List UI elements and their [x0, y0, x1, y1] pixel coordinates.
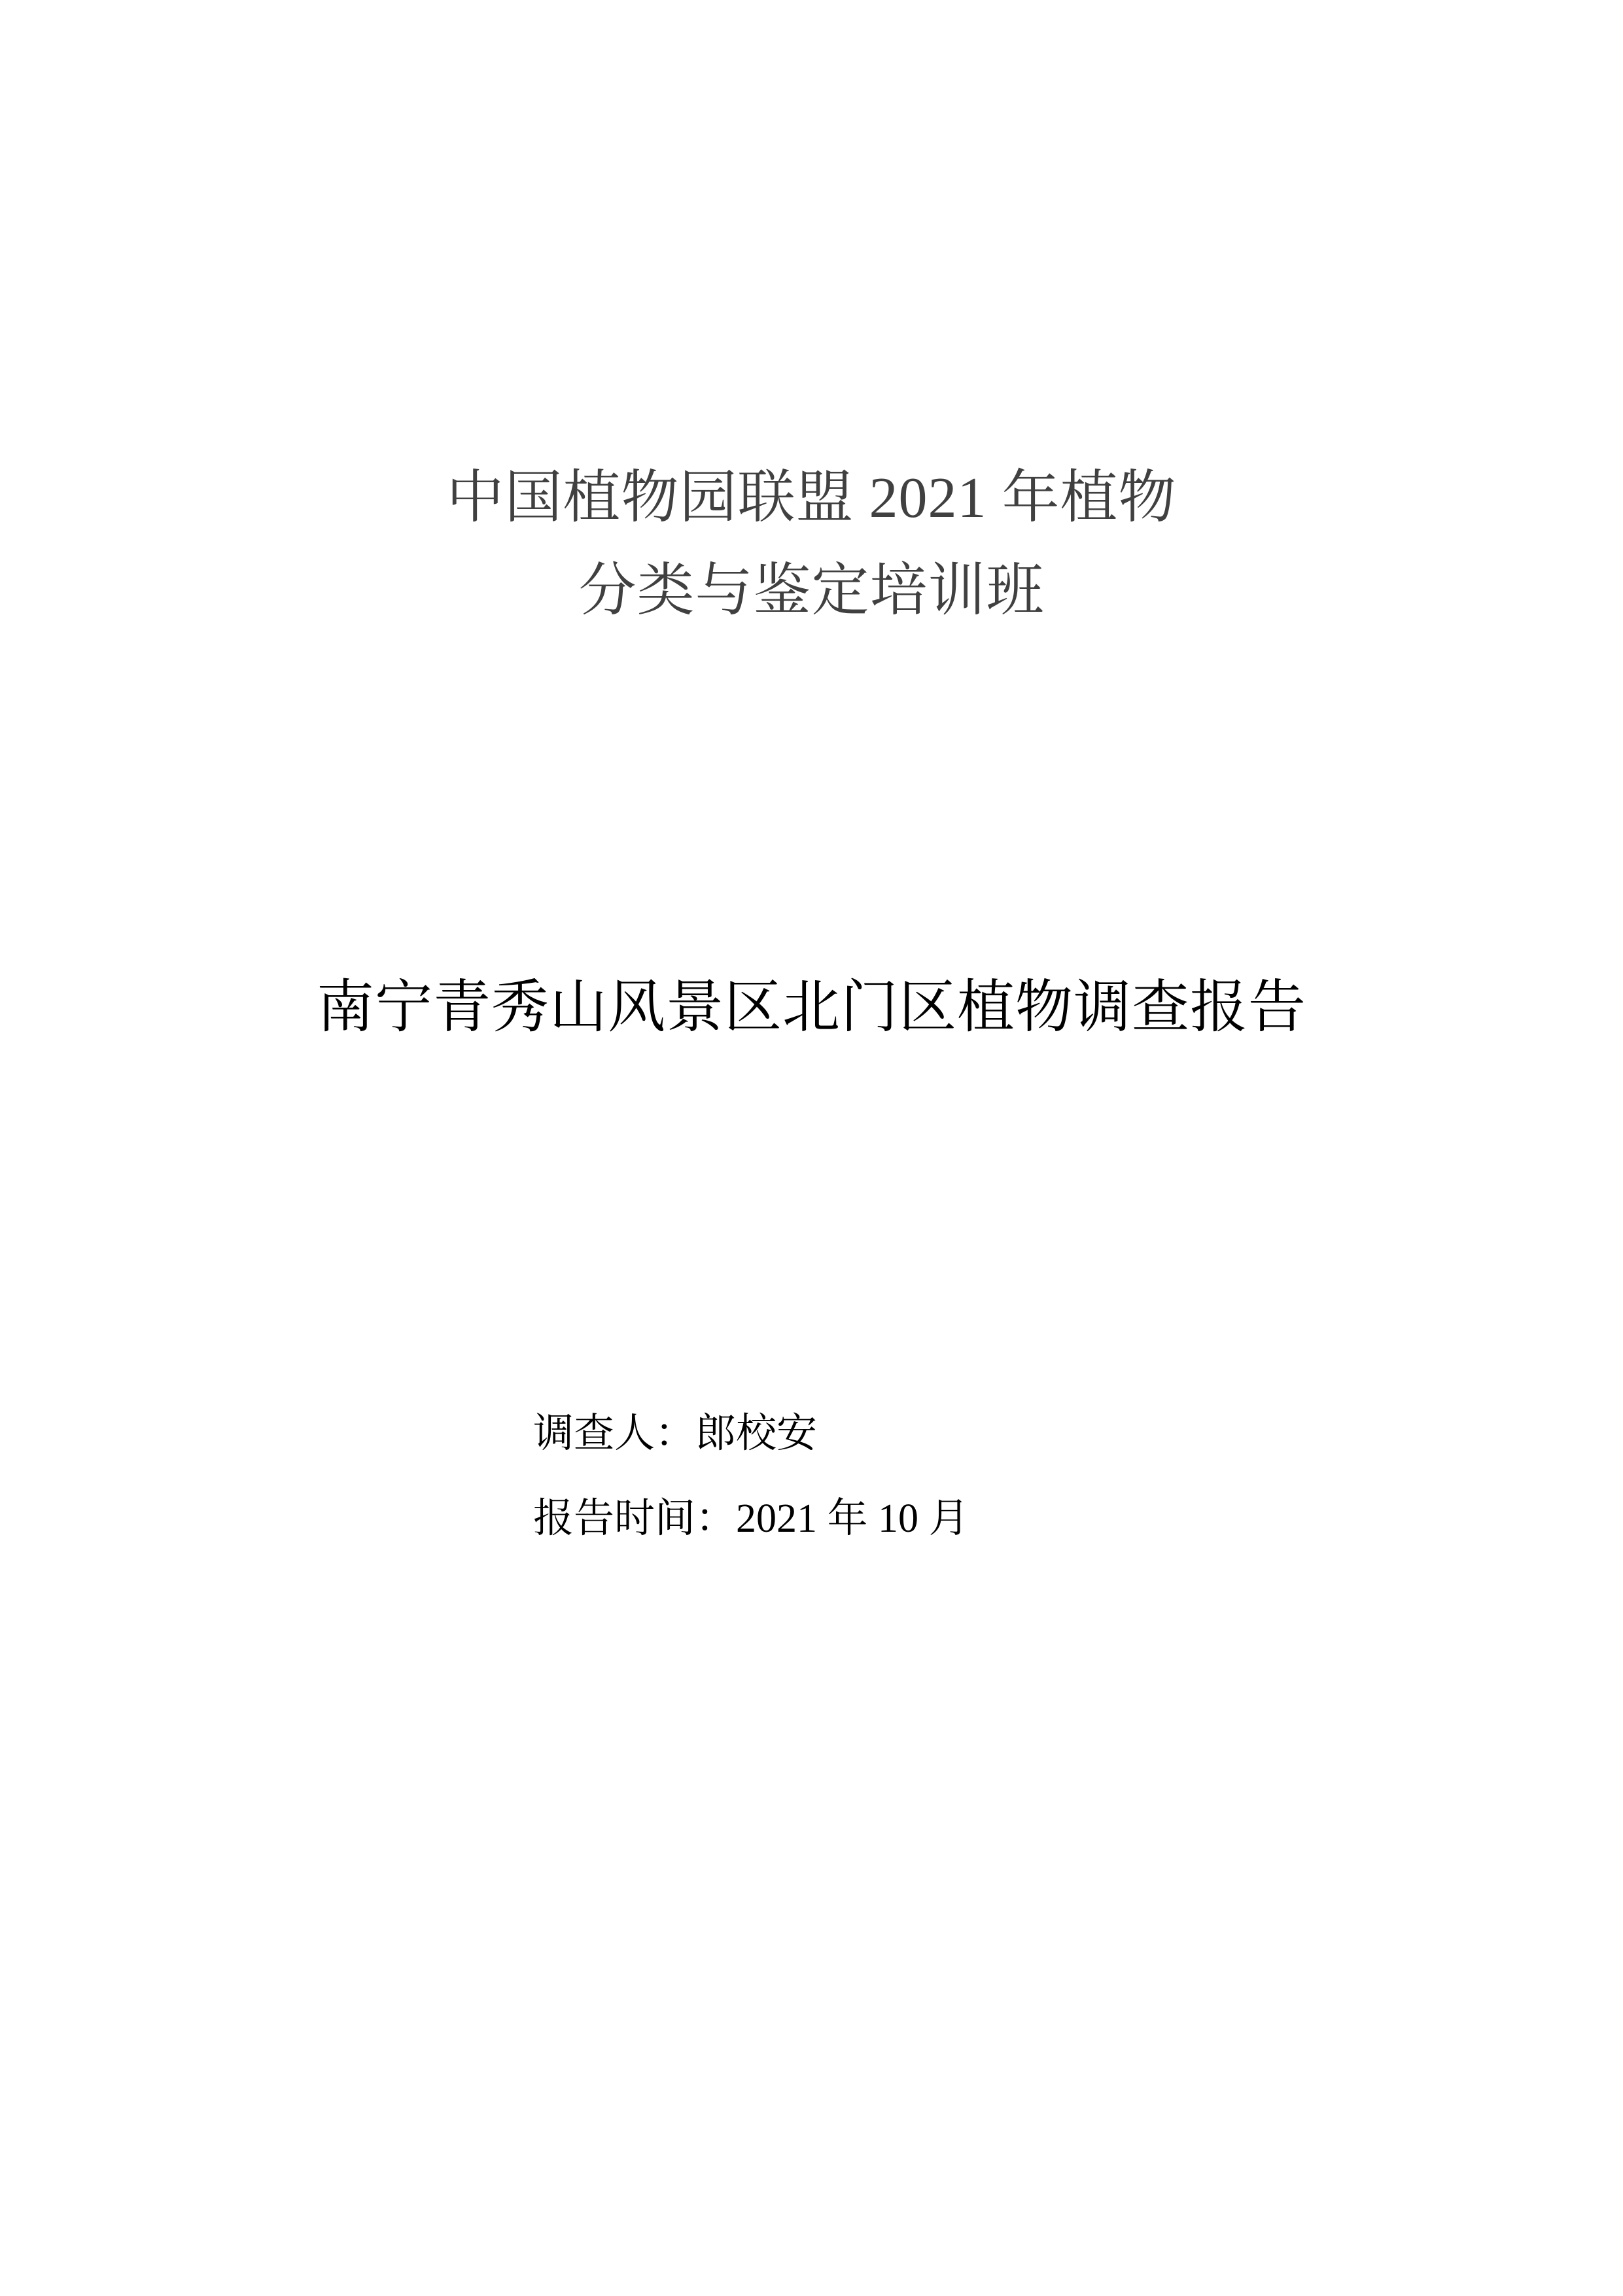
report-time-value: 2021 年 10 月 — [736, 1496, 969, 1541]
document-page: 中国植物园联盟 2021 年植物 分类与鉴定培训班 南宁青秀山风景区北门区植物调… — [0, 0, 1623, 2296]
investigator-value: 郎校安 — [695, 1411, 817, 1456]
course-title-line-1: 中国植物园联盟 2021 年植物 — [0, 470, 1623, 527]
report-time-line: 报告时间：2021 年 10 月 — [533, 1498, 969, 1539]
investigator-label: 调查人： — [533, 1411, 695, 1456]
course-title-line-2: 分类与鉴定培训班 — [0, 563, 1623, 620]
report-title: 南宁青秀山风景区北门区植物调查报告 — [0, 980, 1623, 1037]
investigator-line: 调查人：郎校安 — [533, 1413, 817, 1454]
report-time-label: 报告时间： — [533, 1496, 736, 1541]
